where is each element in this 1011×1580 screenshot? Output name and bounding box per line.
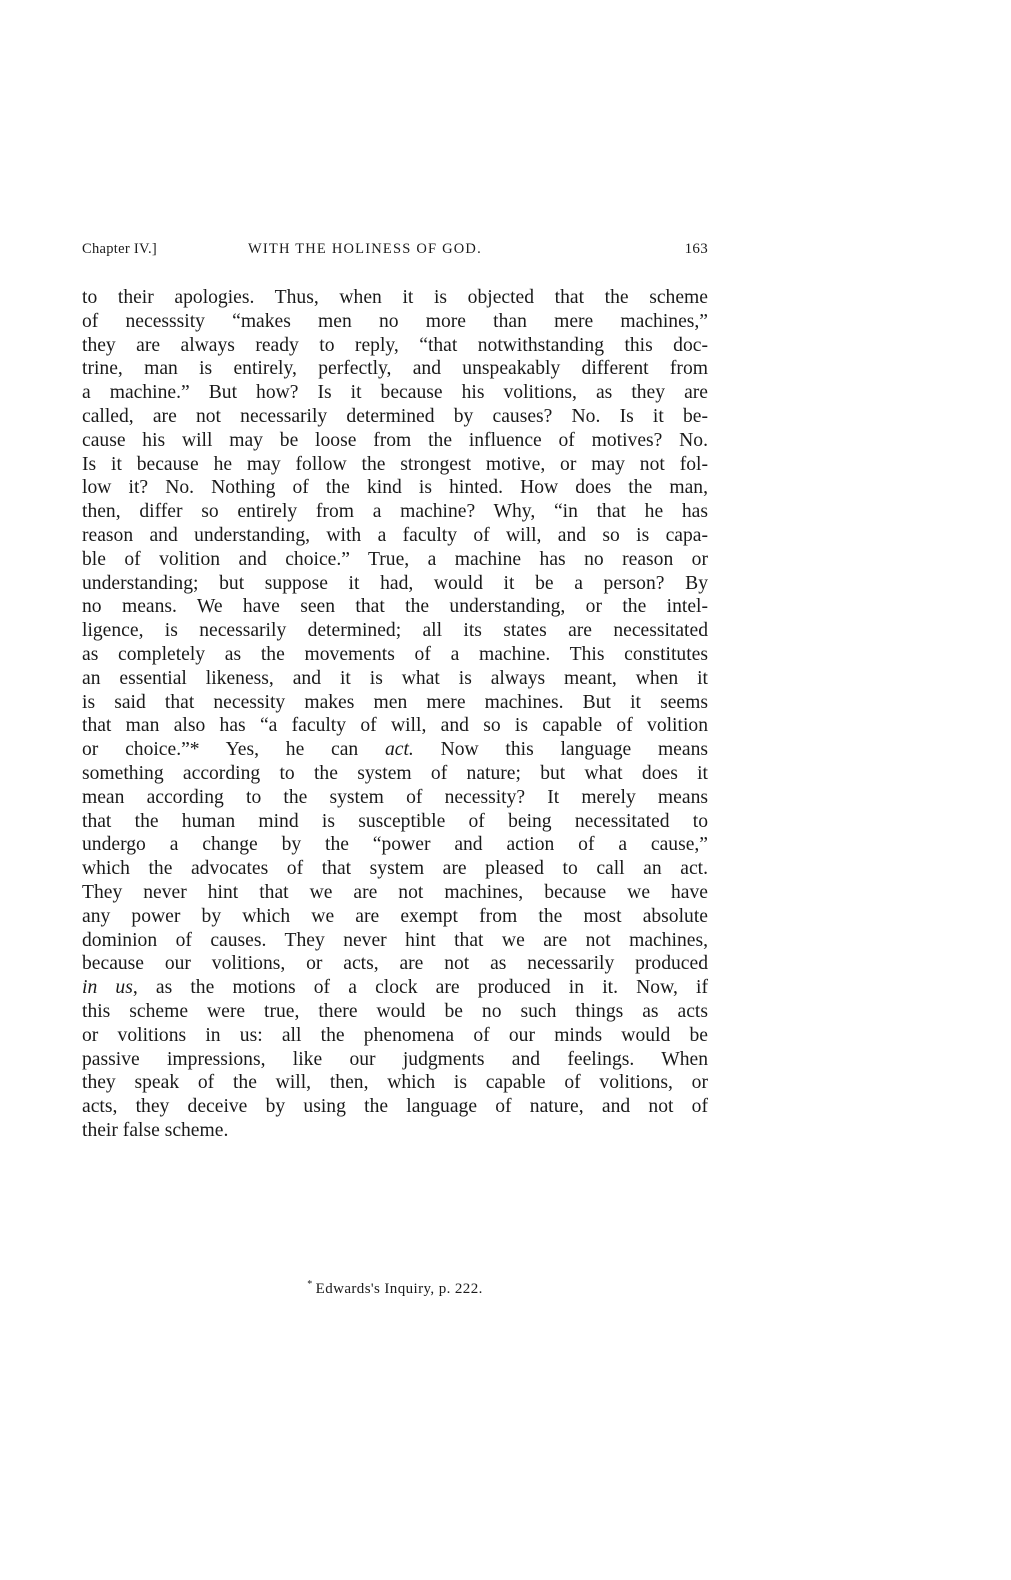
text-line: of necesssity “makes men no more than me… bbox=[82, 310, 708, 334]
footnote-marker: * bbox=[307, 1279, 312, 1290]
text-line: low it? No. Nothing of the kind is hinte… bbox=[82, 476, 708, 500]
text-line-last: their false scheme. bbox=[82, 1119, 708, 1143]
text-line: trine, man is entirely, perfectly, and u… bbox=[82, 357, 708, 381]
text-line: any power by which we are exempt from th… bbox=[82, 905, 708, 929]
text-line: called, are not necessarily determined b… bbox=[82, 405, 708, 429]
text-segment: , as the motions of a clock are produced… bbox=[133, 977, 708, 998]
running-title: WITH THE HOLINESS OF GOD. bbox=[248, 241, 482, 258]
text-line: because our volitions, or acts, are not … bbox=[82, 952, 708, 976]
italic-word: act. bbox=[385, 739, 414, 760]
footnote-text: Edwards's Inquiry, p. 222. bbox=[316, 1281, 483, 1297]
text-segment: Now this language means bbox=[414, 739, 708, 760]
text-line-with-italic: in us, as the motions of a clock are pro… bbox=[82, 976, 708, 1000]
text-line: is said that necessity makes men mere ma… bbox=[82, 691, 708, 715]
text-line: reason and understanding, with a faculty… bbox=[82, 524, 708, 548]
footnote: *Edwards's Inquiry, p. 222. bbox=[82, 1279, 708, 1298]
text-line: ligence, is necessarily determined; all … bbox=[82, 619, 708, 643]
text-line: which the advocates of that system are p… bbox=[82, 857, 708, 881]
text-line: passive impressions, like our judgments … bbox=[82, 1048, 708, 1072]
text-line: acts, they deceive by using the language… bbox=[82, 1095, 708, 1119]
text-line: they are always ready to reply, “that no… bbox=[82, 334, 708, 358]
text-line: as completely as the movements of a mach… bbox=[82, 643, 708, 667]
text-line: they speak of the will, then, which is c… bbox=[82, 1071, 708, 1095]
italic-phrase: in us bbox=[82, 977, 133, 998]
text-line: Is it because he may follow the stronges… bbox=[82, 453, 708, 477]
text-line: cause his will may be loose from the inf… bbox=[82, 429, 708, 453]
text-line: mean according to the system of necessit… bbox=[82, 786, 708, 810]
page-number: 163 bbox=[685, 241, 708, 258]
text-line: no means. We have seen that the understa… bbox=[82, 595, 708, 619]
body-text: to their apologies. Thus, when it is obj… bbox=[82, 286, 708, 1143]
text-segment: or choice.”* Yes, he can bbox=[82, 739, 385, 760]
book-page: Chapter IV.] WITH THE HOLINESS OF GOD. 1… bbox=[0, 0, 1011, 1580]
chapter-label: Chapter IV.] bbox=[82, 241, 157, 258]
text-line: to their apologies. Thus, when it is obj… bbox=[82, 286, 708, 310]
text-line: undergo a change by the “power and actio… bbox=[82, 833, 708, 857]
text-line: a machine.” But how? Is it because his v… bbox=[82, 381, 708, 405]
text-line: this scheme were true, there would be no… bbox=[82, 1000, 708, 1024]
text-line: They never hint that we are not machines… bbox=[82, 881, 708, 905]
text-line: then, differ so entirely from a machine?… bbox=[82, 500, 708, 524]
running-head: Chapter IV.] WITH THE HOLINESS OF GOD. 1… bbox=[82, 241, 708, 265]
text-line: that the human mind is susceptible of be… bbox=[82, 810, 708, 834]
text-line: an essential likeness, and it is what is… bbox=[82, 667, 708, 691]
text-line: or volitions in us: all the phenomena of… bbox=[82, 1024, 708, 1048]
text-line-with-italic: or choice.”* Yes, he can act. Now this l… bbox=[82, 738, 708, 762]
text-line: that man also has “a faculty of will, an… bbox=[82, 714, 708, 738]
text-line: something according to the system of nat… bbox=[82, 762, 708, 786]
text-line: understanding; but suppose it had, would… bbox=[82, 572, 708, 596]
text-line: dominion of causes. They never hint that… bbox=[82, 929, 708, 953]
text-line: ble of volition and choice.” True, a mac… bbox=[82, 548, 708, 572]
